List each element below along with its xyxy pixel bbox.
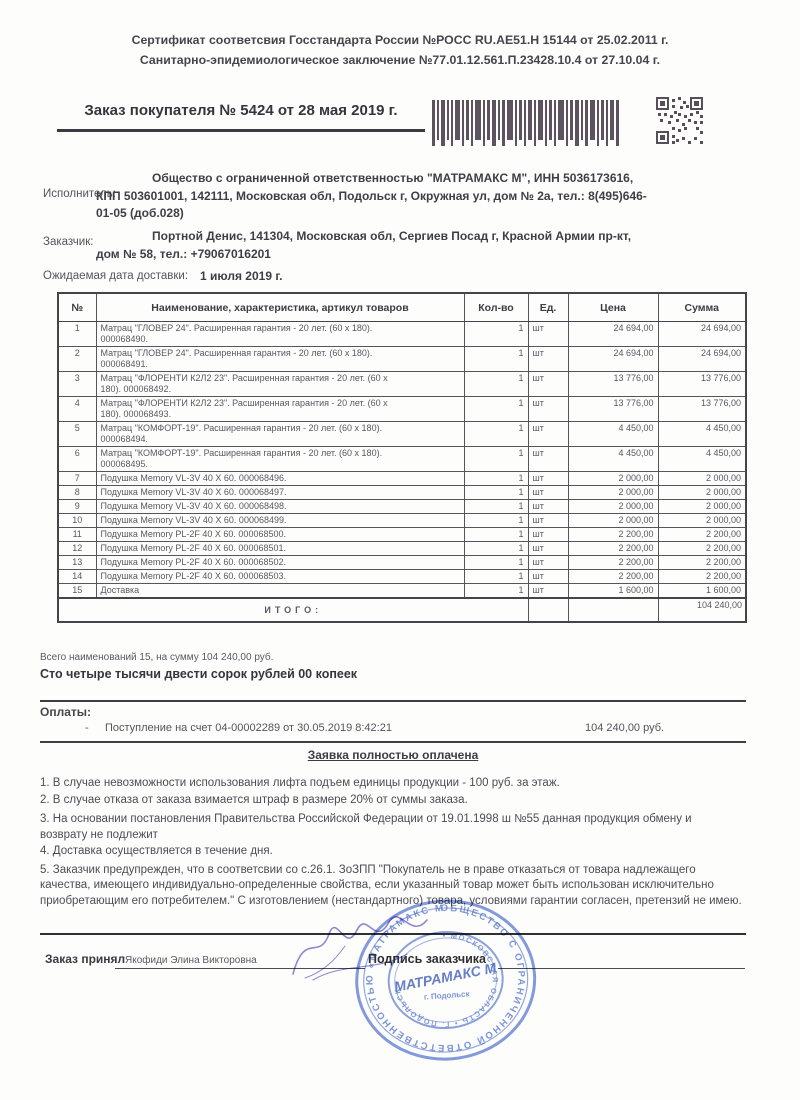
cell-price: 24 694,00	[568, 322, 658, 347]
cell-name: Матрац "КОМФОРТ-19". Расширенная гаранти…	[96, 447, 464, 472]
items-table: № Наименование, характеристика, артикул …	[57, 292, 747, 623]
cell-name: Подушка Memory VL-3V 40 Х 60. 000068499.	[96, 514, 464, 528]
cell-num: 11	[58, 528, 96, 542]
cell-name: Подушка Memory VL-3V 40 Х 60. 000068497.	[96, 486, 464, 500]
table-row: 2 Матрац "ГЛОВЕР 24". Расширенная гарант…	[58, 347, 746, 372]
table-row: 7 Подушка Memory VL-3V 40 Х 60. 00006849…	[58, 472, 746, 486]
paid-note: Заявка полностью оплачена	[40, 748, 746, 762]
total-empty-price	[568, 598, 658, 622]
stamp-icon: ОБЩЕСТВО С ОГРАНИЧЕННОЙ ОТВЕТСТВЕННОСТЬЮ…	[344, 890, 548, 1075]
order-accepted-label: Заказ принял	[45, 952, 125, 966]
table-row: 9 Подушка Memory VL-3V 40 Х 60. 00006849…	[58, 500, 746, 514]
cell-price: 2 200,00	[568, 556, 658, 570]
cell-sum: 24 694,00	[658, 322, 746, 347]
cell-num: 1	[58, 322, 96, 347]
cell-unit: шт	[528, 372, 568, 397]
cell-unit: шт	[528, 322, 568, 347]
payments-label: Оплаты:	[40, 705, 746, 719]
cell-sum: 2 000,00	[658, 500, 746, 514]
payment-entry: - Поступление на счет 04-00002289 от 30.…	[40, 722, 746, 737]
cell-sum: 24 694,00	[658, 347, 746, 372]
cell-price: 1 600,00	[568, 584, 658, 599]
customer-signature-label: Подпись заказчика	[368, 952, 486, 966]
table-row: 1 Матрац "ГЛОВЕР 24". Расширенная гарант…	[58, 322, 746, 347]
qr-code	[656, 97, 703, 149]
total-row: ИТОГО: 104 240,00	[58, 598, 746, 622]
table-row: 14 Подушка Memory PL-2F 40 Х 60. 0000685…	[58, 570, 746, 584]
cell-sum: 2 200,00	[658, 570, 746, 584]
cell-num: 10	[58, 514, 96, 528]
cell-name: Подушка Memory PL-2F 40 Х 60. 000068500.	[96, 528, 464, 542]
cell-unit: шт	[528, 500, 568, 514]
cell-num: 13	[58, 556, 96, 570]
cell-price: 2 000,00	[568, 486, 658, 500]
cell-unit: шт	[528, 556, 568, 570]
customer-label: Заказчик:	[43, 236, 93, 248]
cell-num: 5	[58, 422, 96, 447]
cell-sum: 2 000,00	[658, 514, 746, 528]
cell-price: 13 776,00	[568, 372, 658, 397]
cell-price: 2 200,00	[568, 528, 658, 542]
table-row: 15 Доставка 1 шт 1 600,00 1 600,00	[58, 584, 746, 599]
cell-sum: 2 200,00	[658, 528, 746, 542]
qr-code-icon	[656, 97, 703, 144]
cell-price: 2 000,00	[568, 514, 658, 528]
cell-unit: шт	[528, 422, 568, 447]
cell-name: Доставка	[96, 584, 464, 599]
cell-qty: 1	[464, 422, 528, 447]
cell-sum: 4 450,00	[658, 422, 746, 447]
cell-unit: шт	[528, 514, 568, 528]
cell-num: 7	[58, 472, 96, 486]
cell-unit: шт	[528, 528, 568, 542]
col-header-price: Цена	[568, 293, 658, 322]
term-item-4: 4. Доставка осуществляется в течение дня…	[40, 844, 742, 860]
cell-sum: 4 450,00	[658, 447, 746, 472]
payments-box: Оплаты: - Поступление на счет 04-0000228…	[40, 700, 746, 743]
cell-name: Матрац "ГЛОВЕР 24". Расширенная гарантия…	[96, 322, 464, 347]
total-empty-unit	[528, 598, 568, 622]
payment-bullet: -	[85, 722, 89, 734]
cell-qty: 1	[464, 322, 528, 347]
cell-num: 2	[58, 347, 96, 372]
payment-entry-text: Поступление на счет 04-00002289 от 30.05…	[105, 722, 392, 734]
cell-num: 4	[58, 397, 96, 422]
cell-qty: 1	[464, 542, 528, 556]
col-header-unit: Ед.	[528, 293, 568, 322]
cell-name: Подушка Memory PL-2F 40 Х 60. 000068502.	[96, 556, 464, 570]
cell-num: 12	[58, 542, 96, 556]
cell-price: 4 450,00	[568, 447, 658, 472]
terms-list: 1. В случае невозможности использования …	[40, 776, 742, 910]
customer-value: Портной Денис, 141304, Московская обл, С…	[96, 228, 648, 263]
cell-sum: 2 000,00	[658, 472, 746, 486]
table-row: 4 Матрац "ФЛОРЕНТИ К2Л2 23". Расширенная…	[58, 397, 746, 422]
cell-name: Подушка Memory VL-3V 40 Х 60. 000068496.	[96, 472, 464, 486]
items-count-line: Всего наименований 15, на сумму 104 240,…	[40, 652, 273, 663]
cell-unit: шт	[528, 486, 568, 500]
amount-in-words: Сто четыре тысячи двести сорок рублей 00…	[40, 667, 357, 681]
table-row: 8 Подушка Memory VL-3V 40 Х 60. 00006849…	[58, 486, 746, 500]
cell-name: Матрац "ФЛОРЕНТИ К2Л2 23". Расширенная г…	[96, 397, 464, 422]
cell-num: 14	[58, 570, 96, 584]
cell-qty: 1	[464, 486, 528, 500]
total-label: ИТОГО:	[58, 598, 528, 622]
barcode	[432, 100, 620, 152]
cell-price: 2 000,00	[568, 500, 658, 514]
cell-sum: 13 776,00	[658, 372, 746, 397]
cell-name: Подушка Memory PL-2F 40 Х 60. 000068503.	[96, 570, 464, 584]
table-row: 13 Подушка Memory PL-2F 40 Х 60. 0000685…	[58, 556, 746, 570]
payment-entry-amount: 104 240,00 руб.	[585, 722, 664, 734]
stamp-center-subtext: г. Подольск	[424, 989, 471, 1001]
cell-unit: шт	[528, 397, 568, 422]
col-header-qty: Кол-во	[464, 293, 528, 322]
term-item-2: 2. В случае отказа от заказа взимается ш…	[40, 793, 742, 809]
cell-qty: 1	[464, 514, 528, 528]
col-header-sum: Сумма	[658, 293, 746, 322]
cell-sum: 1 600,00	[658, 584, 746, 599]
cell-unit: шт	[528, 447, 568, 472]
cell-qty: 1	[464, 556, 528, 570]
barcode-icon	[432, 100, 620, 147]
table-row: 6 Матрац "КОМФОРТ-19". Расширенная гаран…	[58, 447, 746, 472]
cell-name: Подушка Memory PL-2F 40 Х 60. 000068501.	[96, 542, 464, 556]
cell-qty: 1	[464, 584, 528, 599]
term-item-3: 3. На основании постановления Правительс…	[40, 812, 742, 843]
certificate-line-2: Санитарно-эпидемиологическое заключение …	[0, 50, 800, 70]
cell-sum: 2 200,00	[658, 542, 746, 556]
paid-note-text: Заявка полностью оплачена	[308, 748, 479, 762]
table-row: 11 Подушка Memory PL-2F 40 Х 60. 0000685…	[58, 528, 746, 542]
company-stamp: ОБЩЕСТВО С ОГРАНИЧЕННОЙ ОТВЕТСТВЕННОСТЬЮ…	[344, 890, 548, 1080]
cell-qty: 1	[464, 528, 528, 542]
cell-qty: 1	[464, 570, 528, 584]
cell-unit: шт	[528, 570, 568, 584]
cell-qty: 1	[464, 472, 528, 486]
table-row: 3 Матрац "ФЛОРЕНТИ К2Л2 23". Расширенная…	[58, 372, 746, 397]
cell-price: 2 000,00	[568, 472, 658, 486]
executor-value: Общество с ограниченной ответственностью…	[96, 170, 648, 223]
cell-sum: 2 200,00	[658, 556, 746, 570]
cell-num: 8	[58, 486, 96, 500]
cell-unit: шт	[528, 584, 568, 599]
cell-name: Матрац "КОМФОРТ-19". Расширенная гаранти…	[96, 422, 464, 447]
cell-name: Матрац "ФЛОРЕНТИ К2Л2 23". Расширенная г…	[96, 372, 464, 397]
document-sheet: Сертификат соответсвия Госстандарта Росс…	[0, 0, 800, 1100]
cell-qty: 1	[464, 447, 528, 472]
payments-section: Оплаты: - Поступление на счет 04-0000228…	[40, 700, 746, 762]
total-sum: 104 240,00	[658, 598, 746, 622]
accepted-by-name: Якофиди Элина Викторовна	[125, 955, 257, 966]
cell-num: 9	[58, 500, 96, 514]
order-title: Заказ покупателя № 5424 от 28 мая 2019 г…	[57, 100, 425, 132]
cell-qty: 1	[464, 347, 528, 372]
certificate-line-1: Сертификат соответсвия Госстандарта Росс…	[0, 30, 800, 50]
cell-sum: 2 000,00	[658, 486, 746, 500]
cell-unit: шт	[528, 347, 568, 372]
delivery-date-label: Ожидаемая дата доставки:	[43, 270, 188, 282]
cell-unit: шт	[528, 472, 568, 486]
term-item-1: 1. В случае невозможности использования …	[40, 776, 742, 792]
items-table-header: № Наименование, характеристика, артикул …	[58, 293, 746, 322]
items-table-footer: ИТОГО: 104 240,00	[58, 598, 746, 622]
cell-name: Подушка Memory VL-3V 40 Х 60. 000068498.	[96, 500, 464, 514]
cell-unit: шт	[528, 542, 568, 556]
certificate-lines: Сертификат соответсвия Госстандарта Росс…	[0, 30, 800, 70]
cell-qty: 1	[464, 397, 528, 422]
col-header-name: Наименование, характеристика, артикул то…	[96, 293, 464, 322]
cell-price: 4 450,00	[568, 422, 658, 447]
cell-price: 2 200,00	[568, 542, 658, 556]
col-header-num: №	[58, 293, 96, 322]
table-row: 12 Подушка Memory PL-2F 40 Х 60. 0000685…	[58, 542, 746, 556]
cell-price: 24 694,00	[568, 347, 658, 372]
cell-qty: 1	[464, 500, 528, 514]
cell-price: 2 200,00	[568, 570, 658, 584]
table-row: 10 Подушка Memory VL-3V 40 Х 60. 0000684…	[58, 514, 746, 528]
delivery-date-value: 1 июля 2019 г.	[200, 269, 282, 283]
cell-sum: 13 776,00	[658, 397, 746, 422]
cell-name: Матрац "ГЛОВЕР 24". Расширенная гарантия…	[96, 347, 464, 372]
table-row: 5 Матрац "КОМФОРТ-19". Расширенная гаран…	[58, 422, 746, 447]
items-table-body: 1 Матрац "ГЛОВЕР 24". Расширенная гарант…	[58, 322, 746, 599]
cell-num: 6	[58, 447, 96, 472]
cell-price: 13 776,00	[568, 397, 658, 422]
cell-num: 15	[58, 584, 96, 599]
cell-num: 3	[58, 372, 96, 397]
cell-qty: 1	[464, 372, 528, 397]
